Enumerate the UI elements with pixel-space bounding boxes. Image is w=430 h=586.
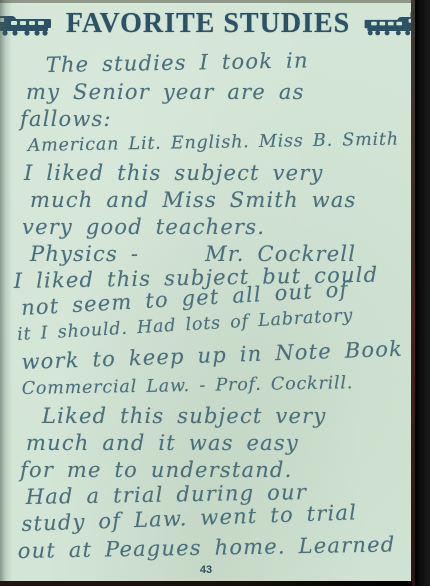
handwritten-line: my Senior year are as	[26, 79, 406, 106]
handwriting-area: The studies I took in my Senior year are…	[14, 52, 406, 565]
handwritten-line: much and it was easy	[26, 430, 406, 457]
handwritten-line: I liked this subject very	[24, 160, 406, 187]
train-icon	[0, 11, 57, 37]
page-title: FAVORITE STUDIES	[66, 8, 350, 40]
scan-edge-black	[415, 0, 430, 586]
train-icon	[359, 12, 417, 37]
page-number: 43	[0, 564, 412, 576]
scrapbook-page: FAVORITE STUDIES	[0, 0, 412, 586]
handwritten-line: American Lit. English. Miss B. Smith	[28, 126, 406, 160]
scan-edge-bottom	[0, 581, 412, 586]
scan-edge-top	[0, 0, 412, 3]
handwritten-line: very good teachers.	[22, 214, 406, 241]
handwritten-line: Liked this subject very	[42, 403, 406, 430]
handwritten-line: Commercial Law. - Prof. Cockrill.	[22, 369, 406, 403]
handwritten-line: much and Miss Smith was	[30, 187, 406, 214]
page-header: FAVORITE STUDIES	[0, 8, 412, 40]
handwritten-line: The studies I took in	[46, 46, 406, 79]
handwritten-line: out at Peagues home. Learned	[18, 531, 406, 565]
scanned-scrapbook-page: FAVORITE STUDIES	[0, 0, 430, 586]
